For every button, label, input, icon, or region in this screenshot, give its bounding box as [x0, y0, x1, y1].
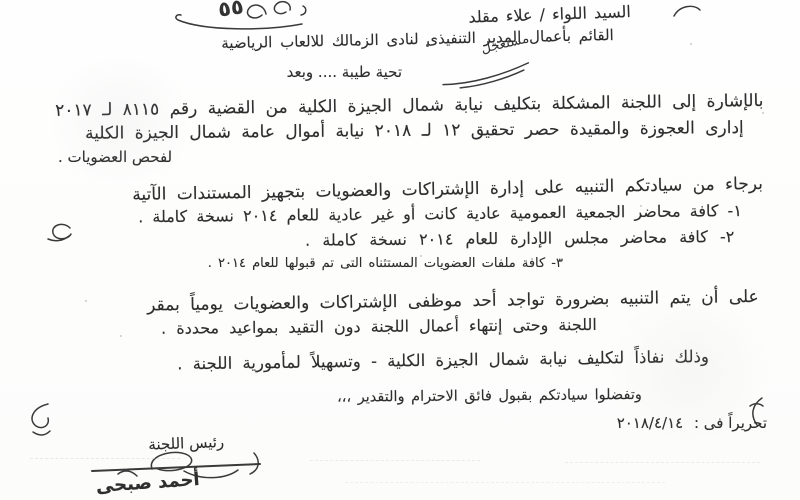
scan-speck — [640, 205, 642, 207]
scan-speck — [420, 255, 422, 257]
scan-artifact-dots — [345, 482, 665, 483]
scan-speck — [85, 300, 87, 302]
scan-shade — [600, 300, 780, 440]
salutation-line: تحية طيبة .... وبعد — [287, 63, 402, 82]
scan-speck — [120, 335, 122, 337]
urgent-underline-mark — [440, 60, 533, 94]
reference-number: ٥٥ — [216, 0, 245, 22]
scan-artifact-dots — [30, 458, 180, 459]
list-item-3: ٣- كافة ملفات العضويات المستثناه التى تم… — [208, 256, 563, 272]
margin-pen-mark-left — [42, 221, 74, 243]
scan-artifact-dots — [310, 460, 480, 461]
closing-line: وتفضلوا سيادتكم بقبول فائق الاحترام والت… — [337, 386, 642, 407]
reference-scribble: ٥٥ — [170, 0, 310, 34]
scan-speck — [762, 112, 764, 114]
stray-pen-mark-bottom-left — [26, 402, 52, 436]
scanned-handwritten-letter: ٥٥ السيد اللواء / علاء مقلد القائم بأعما… — [0, 0, 800, 500]
list-item-1: ١- كافة محاضر الجمعية العمومية عادية كان… — [138, 201, 742, 227]
scan-artifact-dots — [565, 462, 760, 463]
scan-shade — [40, 60, 200, 180]
note-line2: اللجنة وحتى إنتهاء أعمال اللجنة دون التق… — [161, 315, 597, 339]
list-item-2: ٢- كافة محاضر مجلس الإدارة للعام ٢٠١٤ نس… — [305, 227, 734, 251]
stray-pen-mark-top — [672, 2, 702, 20]
ink-dot — [426, 44, 429, 47]
addressee-line-1: السيد اللواء / علاء مقلد — [468, 2, 631, 28]
scan-speck — [690, 43, 692, 45]
